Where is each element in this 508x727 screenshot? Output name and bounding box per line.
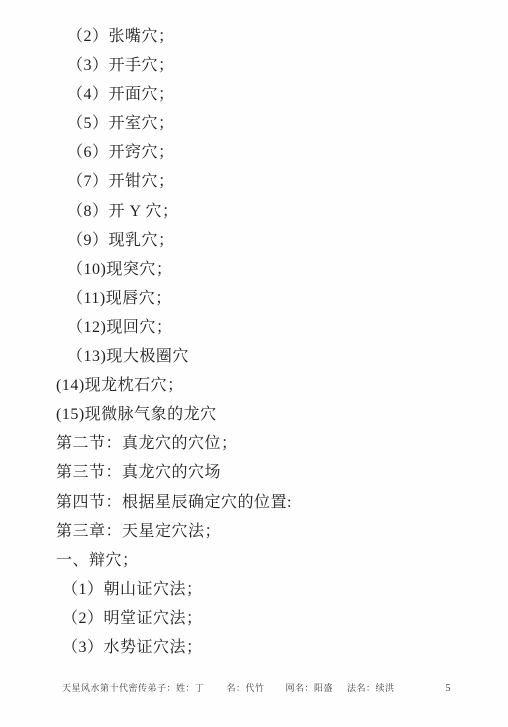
footer-disciple-credit: 天星风水第十代密传弟子：姓：丁 <box>62 681 205 694</box>
list-item-7: （7）开钳穴； <box>67 167 478 196</box>
list-item-9: （9）现乳穴； <box>67 226 478 255</box>
list-item-11: （11)现唇穴； <box>67 284 478 313</box>
list-item-12: （12)现回穴； <box>67 313 478 342</box>
document-page: （2）张嘴穴； （3）开手穴； （4）开面穴； （5）开室穴； （6）开窍穴； … <box>0 0 508 727</box>
list-item-5: （5）开室穴； <box>67 109 478 138</box>
list-item-13: （13)现大极圈穴 <box>67 342 478 371</box>
list-item-3: （3）开手穴； <box>67 51 478 80</box>
heading-section-2: 第二节：真龙穴的穴位； <box>56 429 478 458</box>
heading-section-3: 第三节：真龙穴的穴场 <box>56 458 478 487</box>
heading-section-4: 第四节：根据星辰确定穴的位置: <box>56 488 478 517</box>
sub-item-1: （1）朝山证穴法； <box>62 575 478 604</box>
list-item-4: （4）开面穴； <box>67 80 478 109</box>
list-item-8: （8）开 Y 穴； <box>67 197 478 226</box>
page-number: 5 <box>446 683 452 694</box>
heading-chapter-3: 第三章：天星定穴法； <box>56 517 478 546</box>
sub-item-3: （3）水势证穴法； <box>62 633 478 662</box>
list-item-2: （2）张嘴穴； <box>67 22 478 51</box>
footer-net-name: 网名：阳盛 <box>286 681 334 694</box>
document-body: （2）张嘴穴； （3）开手穴； （4）开面穴； （5）开室穴； （6）开窍穴； … <box>0 0 508 662</box>
heading-subsection-1: 一、辩穴； <box>56 546 478 575</box>
footer-given-name: 名：代竹 <box>227 681 265 694</box>
sub-item-2: （2）明堂证穴法； <box>62 604 478 633</box>
footer-dharma-name: 法名：续洪 <box>347 681 395 694</box>
list-item-10: （10)现突穴； <box>67 255 478 284</box>
list-item-14: (14)现龙枕石穴； <box>56 371 478 400</box>
page-footer: 天星风水第十代密传弟子：姓：丁 名：代竹 网名：阳盛 法名：续洪 5 <box>62 681 451 694</box>
list-item-6: （6）开窍穴； <box>67 138 478 167</box>
list-item-15: (15)现微脉气象的龙穴 <box>56 400 478 429</box>
